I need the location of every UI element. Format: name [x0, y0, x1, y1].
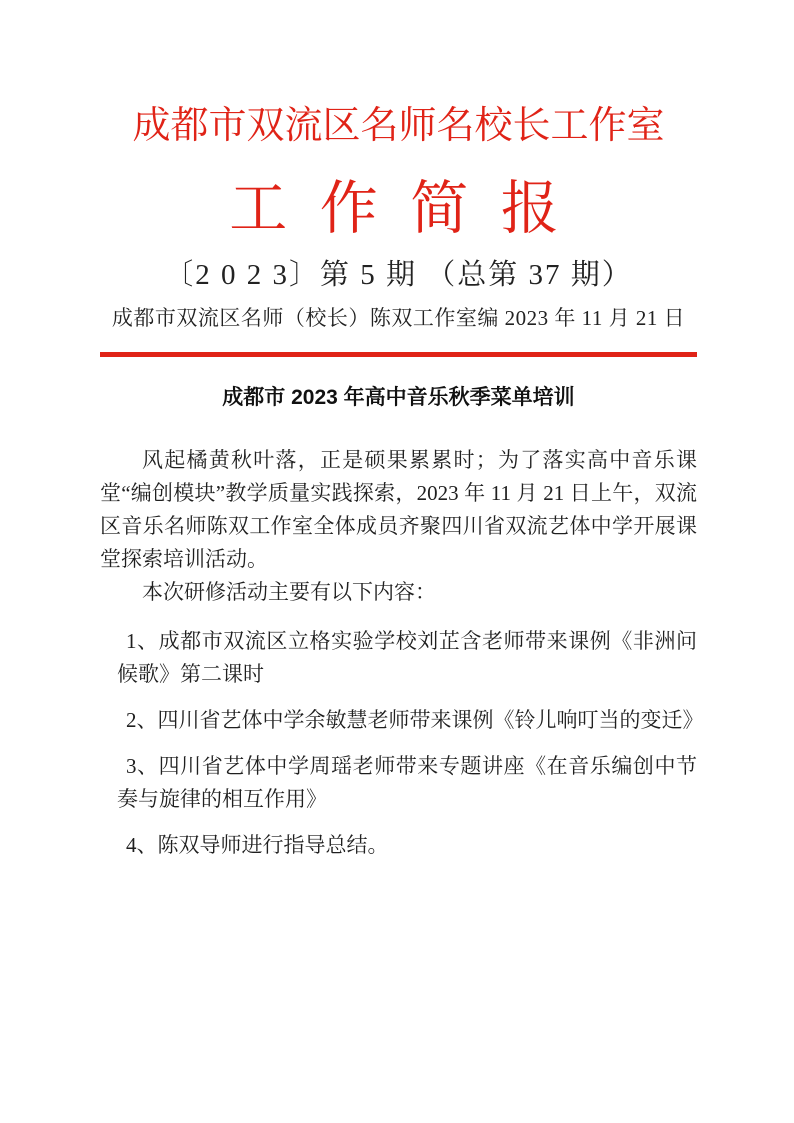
- article-paragraph-lead-in: 本次研修活动主要有以下内容：: [100, 576, 697, 609]
- agenda-item-3: 3、四川省艺体中学周瑶老师带来专题讲座《在音乐编创中节奏与旋律的相互作用》: [100, 750, 697, 816]
- masthead-divider-rule: [100, 352, 697, 357]
- agenda-item-4: 4、陈双导师进行指导总结。: [100, 829, 697, 862]
- masthead: 成都市双流区名师名校长工作室 工 作 简 报 〔2 0 2 3〕第 5 期 （总…: [100, 105, 697, 357]
- article-paragraph-intro: 风起橘黄秋叶落，正是硕果累累时；为了落实高中音乐课堂“编创模块”教学质量实践探索…: [100, 444, 697, 576]
- document-page: 成都市双流区名师名校长工作室 工 作 简 报 〔2 0 2 3〕第 5 期 （总…: [0, 0, 794, 1123]
- masthead-bulletin-title: 工 作 简 报: [100, 179, 697, 240]
- editor-date-line: 成都市双流区名师（校长）陈双工作室编 2023 年 11 月 21 日: [100, 305, 697, 332]
- agenda-item-1: 1、成都市双流区立格实验学校刘芷含老师带来课例《非洲问候歌》第二课时: [100, 625, 697, 691]
- agenda-item-2: 2、四川省艺体中学余敏慧老师带来课例《铃儿响叮当的变迁》: [100, 704, 697, 737]
- article-body: 成都市 2023 年高中音乐秋季菜单培训 风起橘黄秋叶落，正是硕果累累时；为了落…: [100, 385, 697, 862]
- issue-number-line: 〔2 0 2 3〕第 5 期 （总第 37 期）: [100, 258, 697, 293]
- masthead-org-title: 成都市双流区名师名校长工作室: [100, 105, 697, 149]
- article-title: 成都市 2023 年高中音乐秋季菜单培训: [100, 385, 697, 411]
- agenda-list: 1、成都市双流区立格实验学校刘芷含老师带来课例《非洲问候歌》第二课时 2、四川省…: [100, 625, 697, 862]
